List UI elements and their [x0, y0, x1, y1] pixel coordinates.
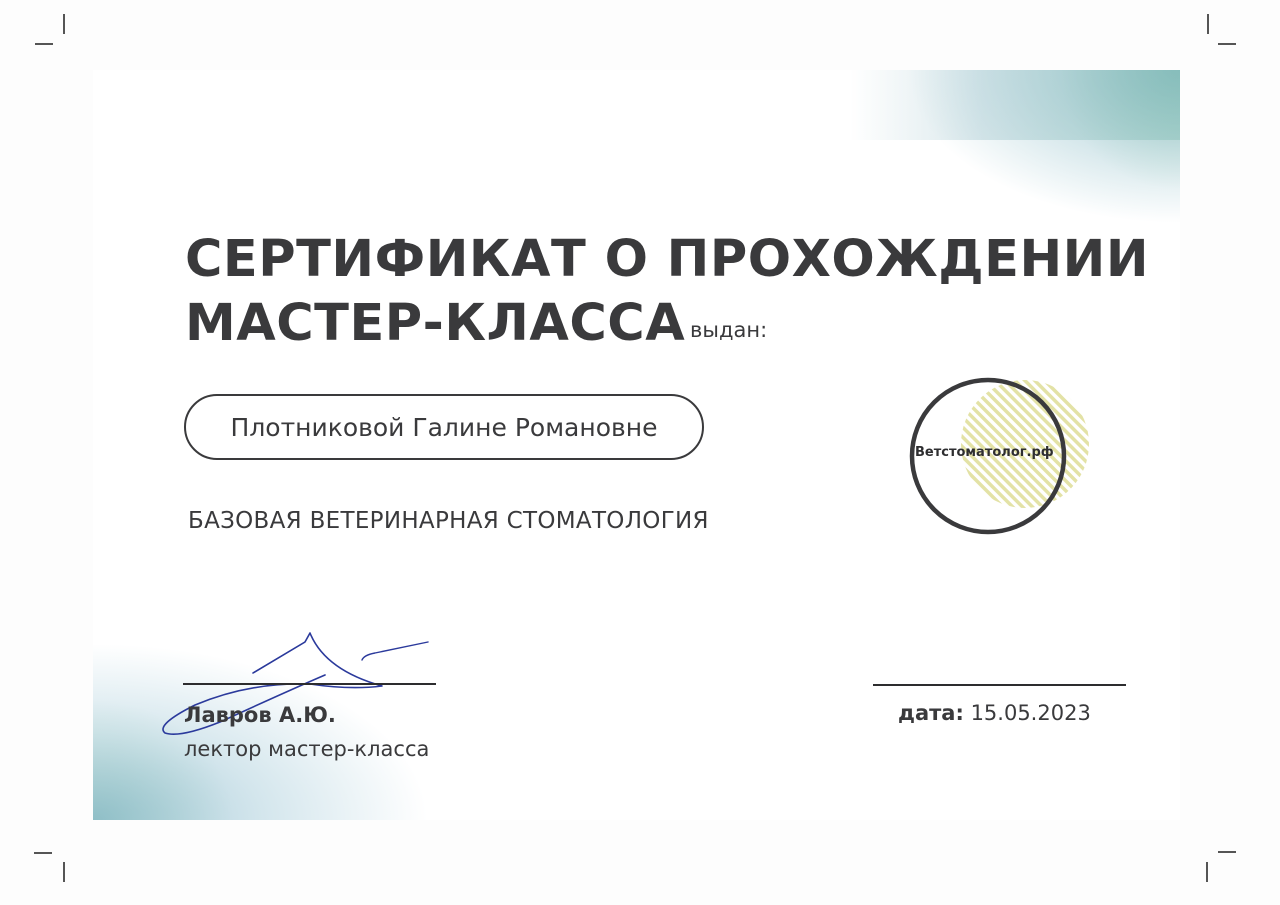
- crop-mark-bottom-left-h: [34, 852, 52, 854]
- recipient-name: Плотниковой Галине Романовне: [231, 413, 658, 442]
- crop-mark-bottom-right-h: [1218, 851, 1236, 853]
- certificate-page: СЕРТИФИКАТ О ПРОХОЖДЕНИИ МАСТЕР-КЛАССА в…: [0, 0, 1280, 905]
- date-value: 15.05.2023: [971, 701, 1091, 725]
- issued-label: выдан:: [690, 318, 767, 342]
- signature-line-date: [873, 684, 1126, 686]
- crop-mark-top-right-h: [1218, 43, 1236, 45]
- signature-line-lecturer: [183, 683, 436, 685]
- date-block: дата: 15.05.2023: [898, 701, 1091, 725]
- course-name: БАЗОВАЯ ВЕТЕРИНАРНАЯ СТОМАТОЛОГИЯ: [188, 508, 709, 534]
- title-line-2: МАСТЕР-КЛАССА: [185, 292, 685, 356]
- recipient-name-box: Плотниковой Галине Романовне: [184, 394, 704, 460]
- crop-mark-top-right-v: [1207, 14, 1209, 34]
- decorative-gradient-top-edge: [850, 70, 1180, 140]
- crop-mark-bottom-left-v: [63, 862, 65, 882]
- logo-text: Ветстоматолог.рф: [915, 445, 1054, 460]
- crop-mark-top-left-v: [63, 14, 65, 34]
- title-line-1: СЕРТИФИКАТ О ПРОХОЖДЕНИИ: [185, 230, 1149, 289]
- crop-mark-top-left-h: [35, 43, 53, 45]
- lecturer-name: Лавров А.Ю.: [184, 703, 336, 727]
- crop-mark-bottom-right-v: [1206, 862, 1208, 882]
- certificate-title: СЕРТИФИКАТ О ПРОХОЖДЕНИИ МАСТЕР-КЛАССА: [185, 228, 1149, 356]
- brand-logo: Ветстоматолог.рф: [905, 372, 1095, 537]
- date-label: дата:: [898, 701, 964, 725]
- lecturer-role: лектор мастер-класса: [184, 737, 429, 761]
